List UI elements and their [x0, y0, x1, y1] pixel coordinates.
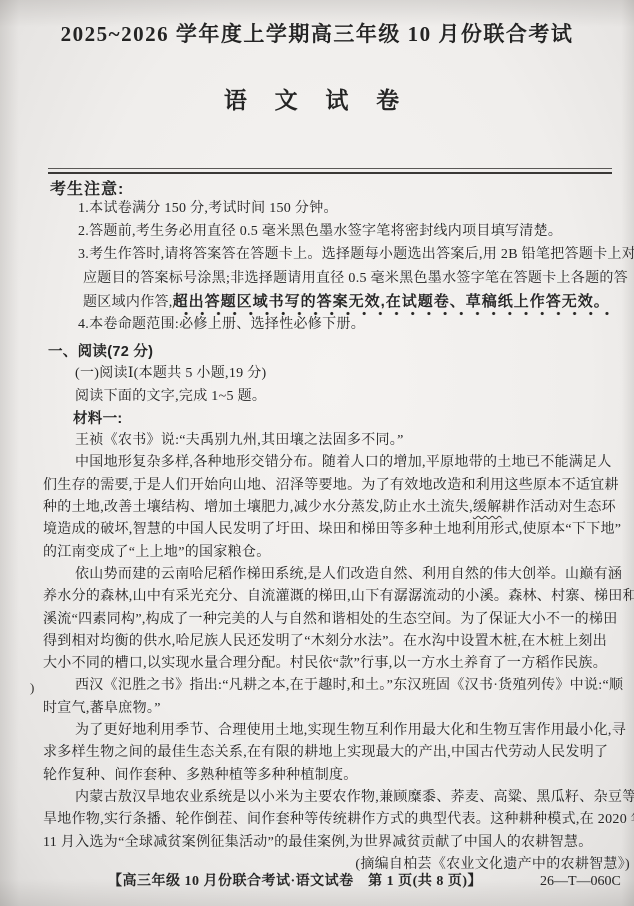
material-paragraph-5-line-2: 求多样生物之间的最佳生态关系,在有限的耕地上实现最大的产出,中国古代劳动人民发明…: [43, 742, 634, 764]
material-paragraph-5-line-1: 为了更好地利用季节、合理使用土地,实现生物互利作用最大化和生物互害作用最小化,寻: [43, 720, 634, 742]
material-paragraph-3-line-5: 大小不同的槽口,以实现水量合理分配。村民依“款”行事,以一方水土养育了一方稻作民…: [43, 653, 634, 675]
material-paragraph-3-line-3: 溪流“四素同构”,构成了一种完美的人与自然和谐相处的生态空间。为了保证大小不一的…: [43, 609, 634, 631]
exam-paper-page: 2025~2026 学年度上学期高三年级 10 月份联合考试 语 文 试 卷 考…: [0, 0, 634, 906]
notice-item-1: 1.本试卷满分 150 分,考试时间 150 分钟。: [78, 197, 634, 220]
notice-item-3-line-2: 应题目的答案标号涂黑;非选择题请用直径 0.5 毫米黑色墨水签字笔在答题卡上各题…: [78, 267, 634, 290]
paragraph-2-line-3-prefix: 种的土地,改善土壤结构、增加土壤肥力,减少水分蒸发,防止水土流失,: [43, 500, 473, 515]
reading-section: 一、阅读(72 分) (一)阅读Ⅰ(本题共 5 小题,19 分) 阅读下面的文字…: [43, 341, 634, 876]
reading-subsection-heading: (一)阅读Ⅰ(本题共 5 小题,19 分): [43, 363, 634, 385]
material-paragraph-3-line-2: 养水分的森林,山中有采光充分、自流灌溉的梯田,山下有潺潺流动的小溪。森林、村寨、…: [43, 586, 634, 608]
material-paragraph-2-line-3: 种的土地,改善土壤结构、增加土壤肥力,减少水分蒸发,防止水土流失,缓解耕作活动对…: [43, 497, 634, 519]
material-paragraph-2-line-4: 境造成的破坏,智慧的中国人民发明了圩田、垛田和梯田等多种土地利用形式,使原本“下…: [43, 519, 634, 541]
material-paragraph-4-line-1: 西汉《氾胜之书》指出:“凡耕之本,在于趣时,和土。”东汉班固《汉书·货殖列传》中…: [43, 675, 634, 697]
notice-item-2: 2.答题前,考生务必用直径 0.5 毫米黑色墨水签字笔将密封线内项目填写清楚。: [78, 220, 634, 243]
material-paragraph-3-line-4: 得到相对均衡的供水,哈尼族人民还发明了“木刻分水法”。在水沟中设置木桩,在木桩上…: [43, 631, 634, 653]
material-paragraph-6-line-2: 旱地作物,实行条播、轮作倒茬、间作套种等传统耕作方式的典型代表。这种耕种模式,在…: [43, 809, 634, 831]
material-paragraph-2-line-2: 们生存的需要,于是人们开始向山地、沼泽等要地。为了有效地改造和利用这些原本不适宜…: [43, 475, 634, 497]
material-paragraph-6-line-1: 内蒙古敖汉旱地农业系统是以小米为主要农作物,兼顾糜黍、荞麦、高粱、黑瓜籽、杂豆等…: [43, 787, 634, 809]
footer-paper-code: 26—T—060C: [540, 869, 621, 895]
footer-exam-info: 【高三年级 10 月份联合考试·语文试卷 第 1 页(共 8 页)】: [108, 869, 482, 895]
material-paragraph-2-line-5: 的江南变成了“上上地”的国家粮仓。: [43, 542, 634, 564]
material-paragraph-6-line-3: 11 月入选为“全球减贫案例征集活动”的最佳案例,为世界减贫贡献了中国人的农耕智…: [43, 832, 634, 854]
material-paragraph-1: 王祯《农书》说:“夫禹别九州,其田壤之法固多不同。”: [43, 430, 634, 452]
notice-item-3-prefix: 题区域内作答,: [83, 295, 173, 310]
wavy-underlined-word: 缓解: [473, 500, 502, 515]
material-paragraph-4-line-2: 时宣气,蕃阜庶物。”: [43, 698, 634, 720]
stray-margin-mark: ): [30, 680, 34, 696]
reading-instruction: 阅读下面的文字,完成 1~5 题。: [43, 386, 634, 408]
paragraph-2-line-3-suffix: 耕作活动对生态环: [502, 500, 616, 515]
paper-title: 语 文 试 卷: [0, 82, 634, 115]
notice-list: 1.本试卷满分 150 分,考试时间 150 分钟。 2.答题前,考生务必用直径…: [78, 197, 634, 336]
material-paragraph-3-line-1: 依山势而建的云南哈尼稻作梯田系统,是人们改造自然、利用自然的伟大创举。山巅有涵: [43, 564, 634, 586]
material-paragraph-2-line-1: 中国地形复杂多样,各种地形交错分布。随着人口的增加,平原地带的土地已不能满足人: [43, 452, 634, 474]
page-footer: 【高三年级 10 月份联合考试·语文试卷 第 1 页(共 8 页)】 26—T—…: [0, 869, 634, 895]
notice-heading: 考生注意:: [50, 176, 124, 199]
reading-section-heading: 一、阅读(72 分): [43, 341, 634, 363]
header-divider-rule: [48, 168, 612, 174]
notice-item-3-line-3: 题区域内作答,超出答题区域书写的答案无效,在试题卷、草稿纸上作答无效。: [78, 290, 634, 313]
notice-item-3-line-1: 3.考生作答时,请将答案答在答题卡上。选择题每小题选出答案后,用 2B 铅笔把答…: [78, 243, 634, 266]
material-one-label: 材料一:: [43, 408, 634, 430]
notice-item-4: 4.本卷命题范围:必修上册、选择性必修下册。: [78, 313, 634, 336]
material-paragraph-5-line-3: 轮作复种、间作套种、多熟种植等多种种植制度。: [43, 765, 634, 787]
exam-title: 2025~2026 学年度上学期高三年级 10 月份联合考试: [0, 18, 634, 48]
